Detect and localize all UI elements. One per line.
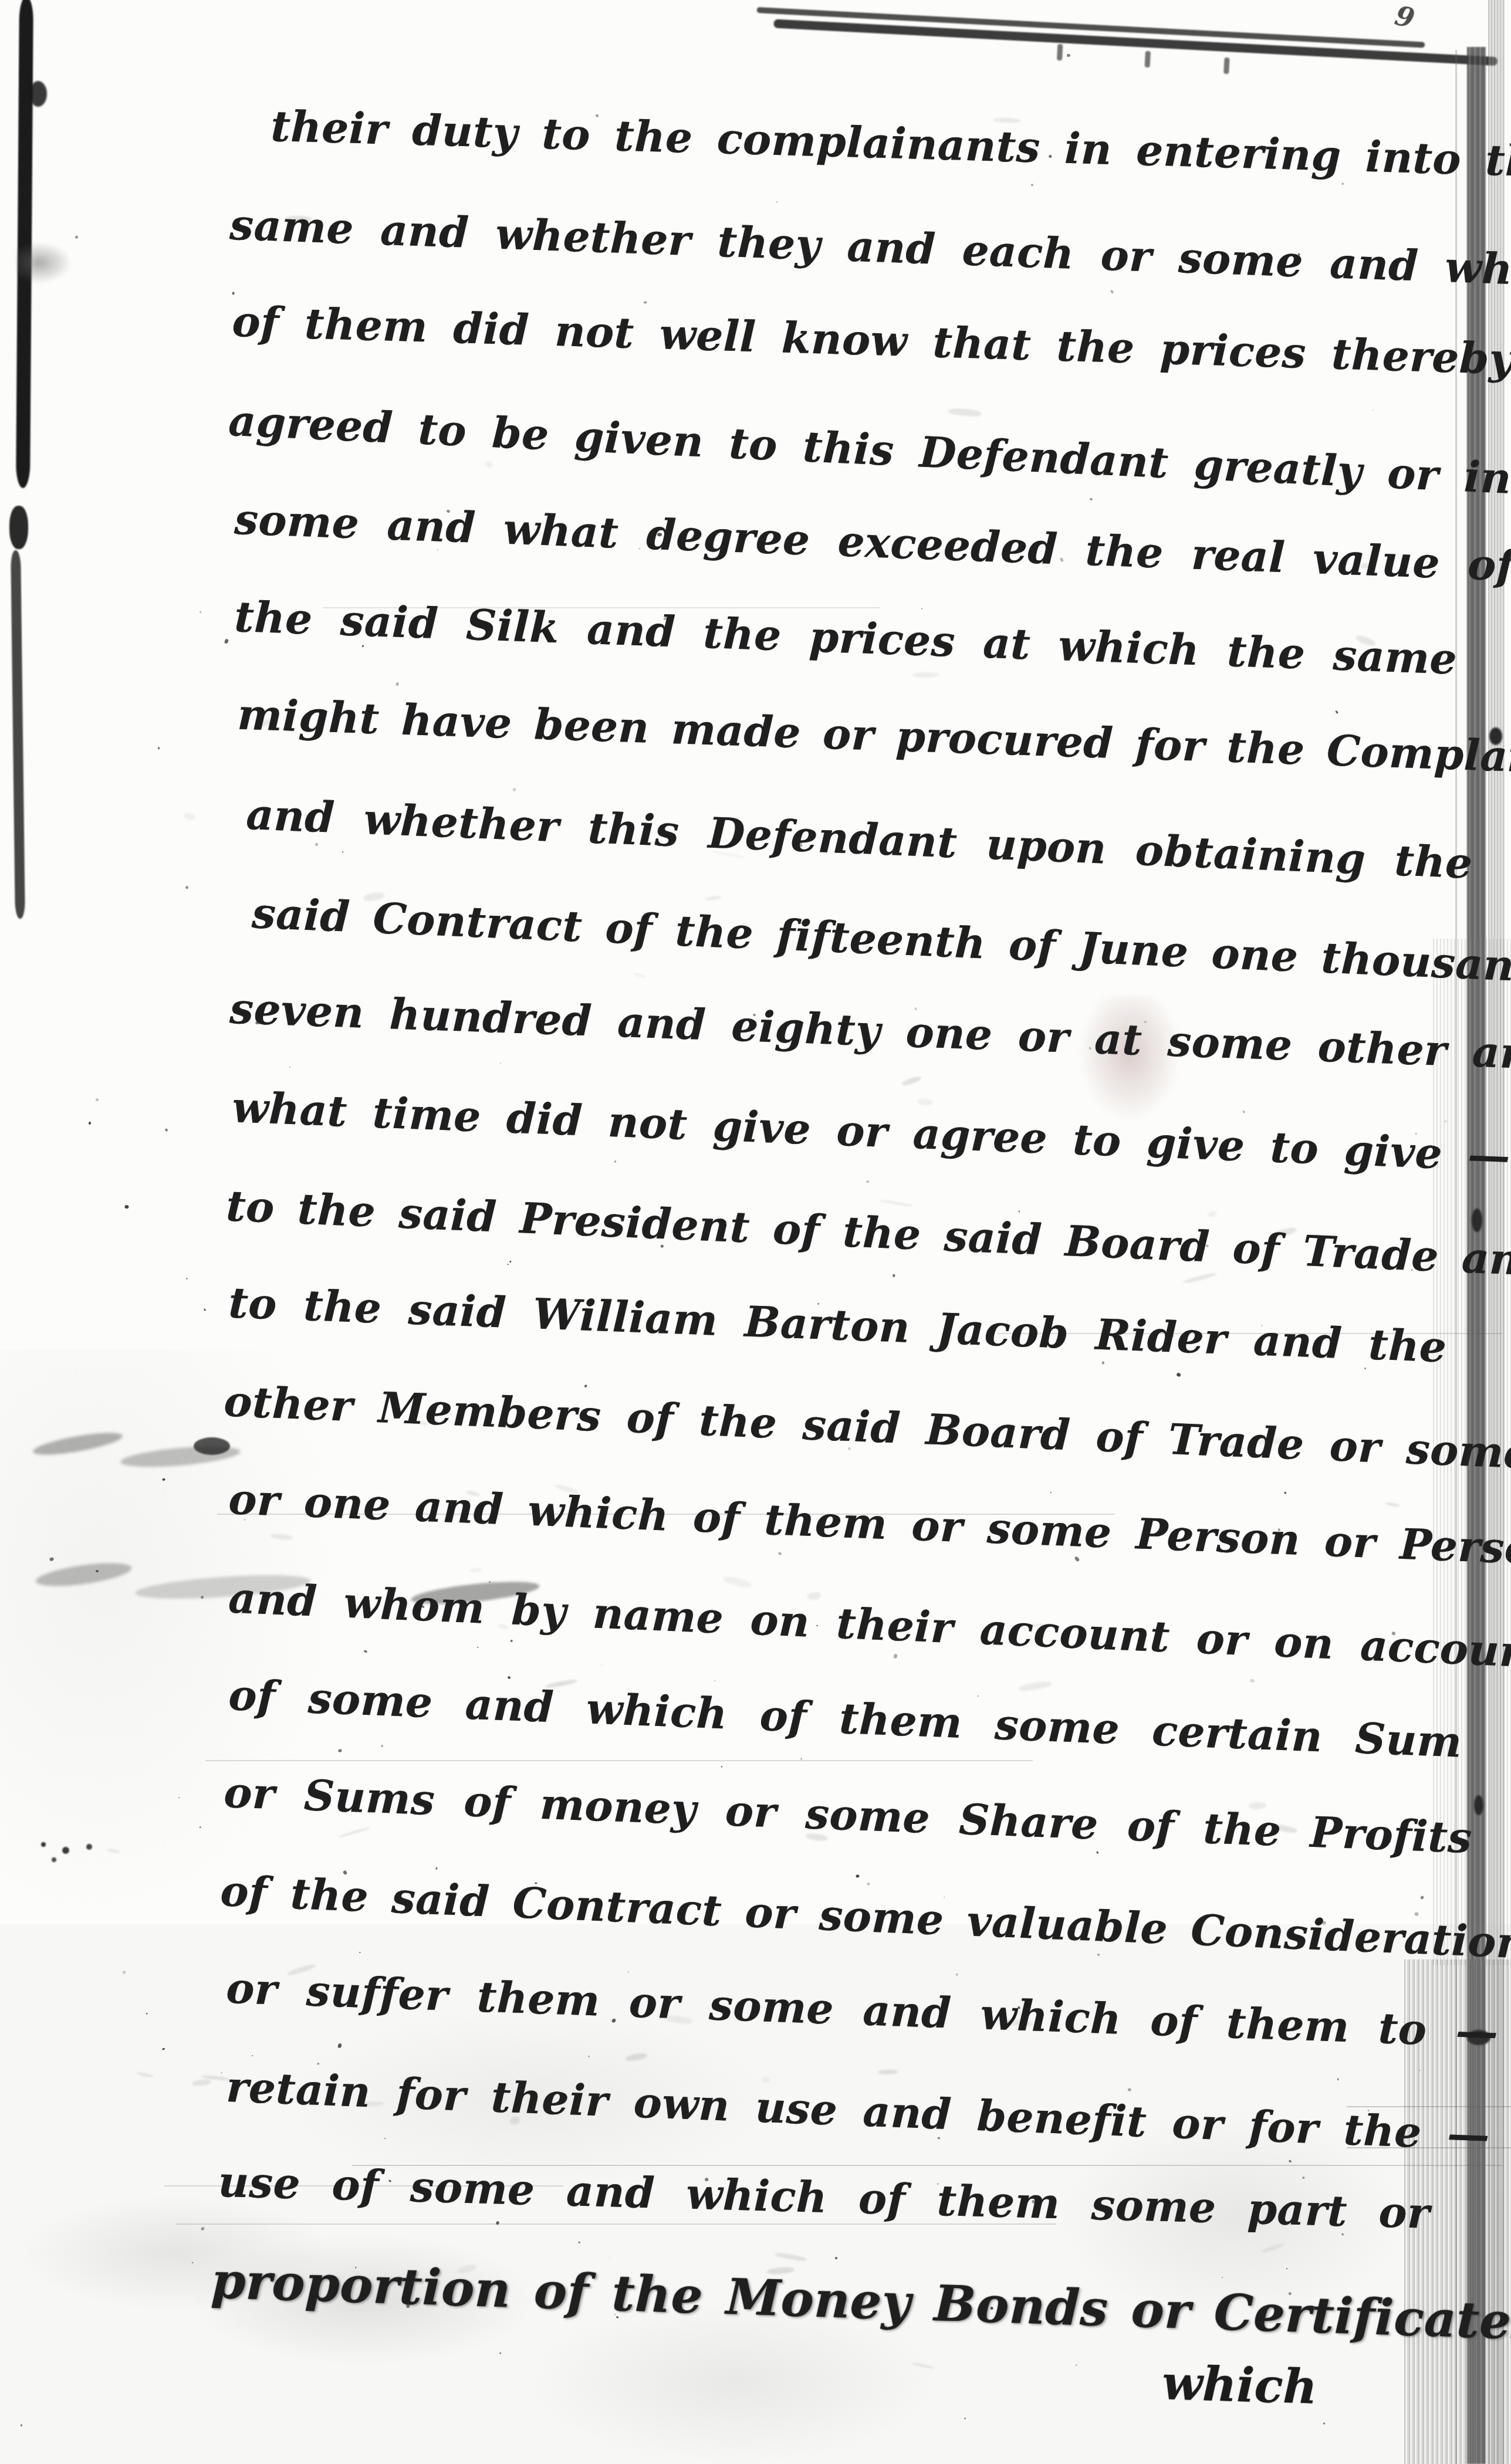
manuscript-page: 9 their duty to the complainants in ente… — [0, 0, 1511, 2464]
page-corner-mark: 9 — [1392, 0, 1418, 35]
top-streak-tick — [1057, 44, 1063, 60]
top-streak-tick — [1145, 51, 1151, 67]
manuscript-text-block: their duty to the complainants in enteri… — [0, 69, 1511, 2421]
